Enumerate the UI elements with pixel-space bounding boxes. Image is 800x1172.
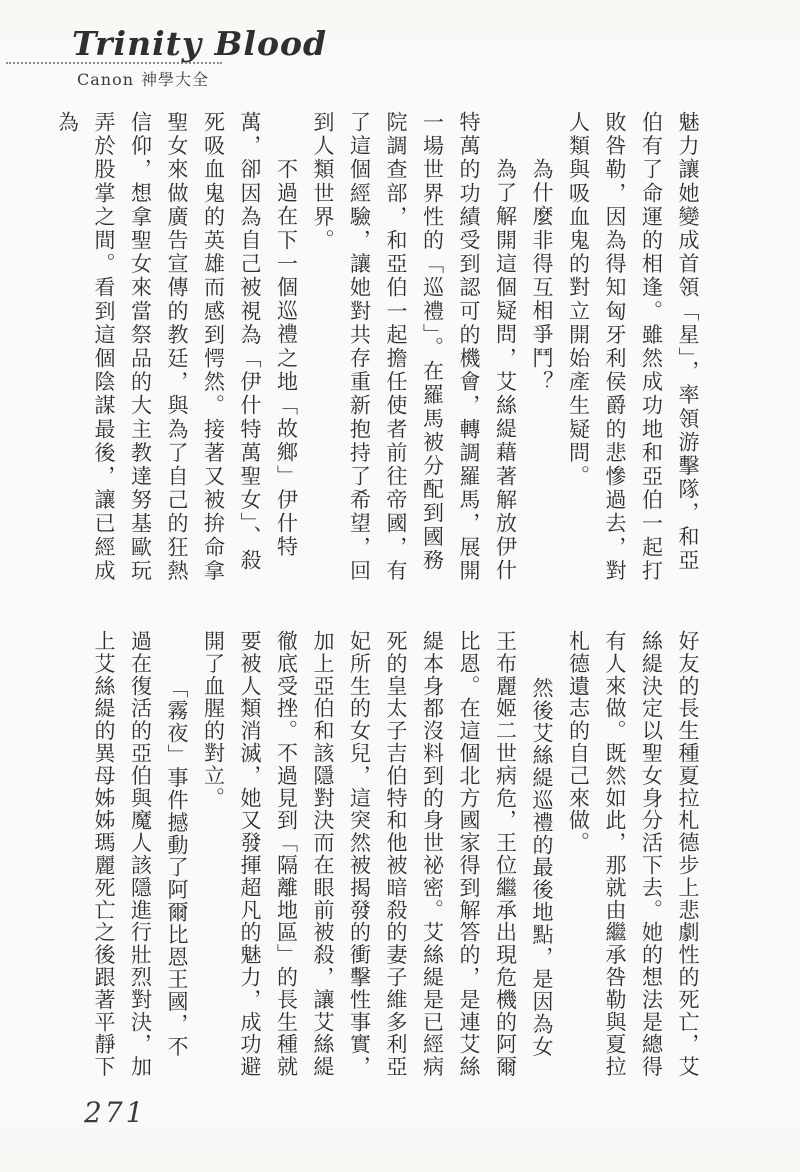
paragraph: 不過在下一個巡禮之地「故鄉」伊什特萬，卻因為自己被視為「伊什特萬聖女」、殺死吸血… (49, 111, 305, 587)
header-divider (6, 62, 222, 64)
paragraph: 好友的長生種夏拉札德步上悲劇性的死亡，艾絲緹決定以聖女身分活下去。她的想法是總得… (560, 630, 706, 1080)
subtitle-latin: Canon (77, 70, 134, 89)
paragraph: 為什麼非得互相爭鬥？ (524, 111, 561, 587)
text-block-top: 魅力讓她變成首領「星」，率領游擊隊，和亞伯有了命運的相逢。雖然成功地和亞伯一起打… (82, 111, 706, 587)
header-subtitle: Canon神學大全 (77, 67, 209, 90)
page-number: 271 (84, 1096, 146, 1129)
paragraph: 然後艾絲緹巡禮的最後地點，是因為女王布麗姬二世病危，王位繼承出現危機的阿爾比恩。… (195, 630, 560, 1080)
subtitle-cjk: 神學大全 (141, 70, 209, 89)
series-logo: Trinity Blood (72, 24, 327, 63)
paragraph: 為了解開這個疑問，艾絲緹藉著解放伊什特萬的功績受到認可的機會，轉調羅馬，展開一場… (305, 111, 524, 587)
paragraph: 魅力讓她變成首領「星」，率領游擊隊，和亞伯有了命運的相逢。雖然成功地和亞伯一起打… (560, 111, 706, 587)
paragraph: 「霧夜」事件撼動了阿爾比恩王國，不過在復活的亞伯與魔人該隱進行壯烈對決，加上艾絲… (86, 630, 196, 1080)
text-block-bottom: 好友的長生種夏拉札德步上悲劇性的死亡，艾絲緹決定以聖女身分活下去。她的想法是總得… (82, 630, 706, 1080)
book-page: Trinity Blood Canon神學大全 魅力讓她變成首領「星」，率領游擊… (0, 0, 800, 1172)
